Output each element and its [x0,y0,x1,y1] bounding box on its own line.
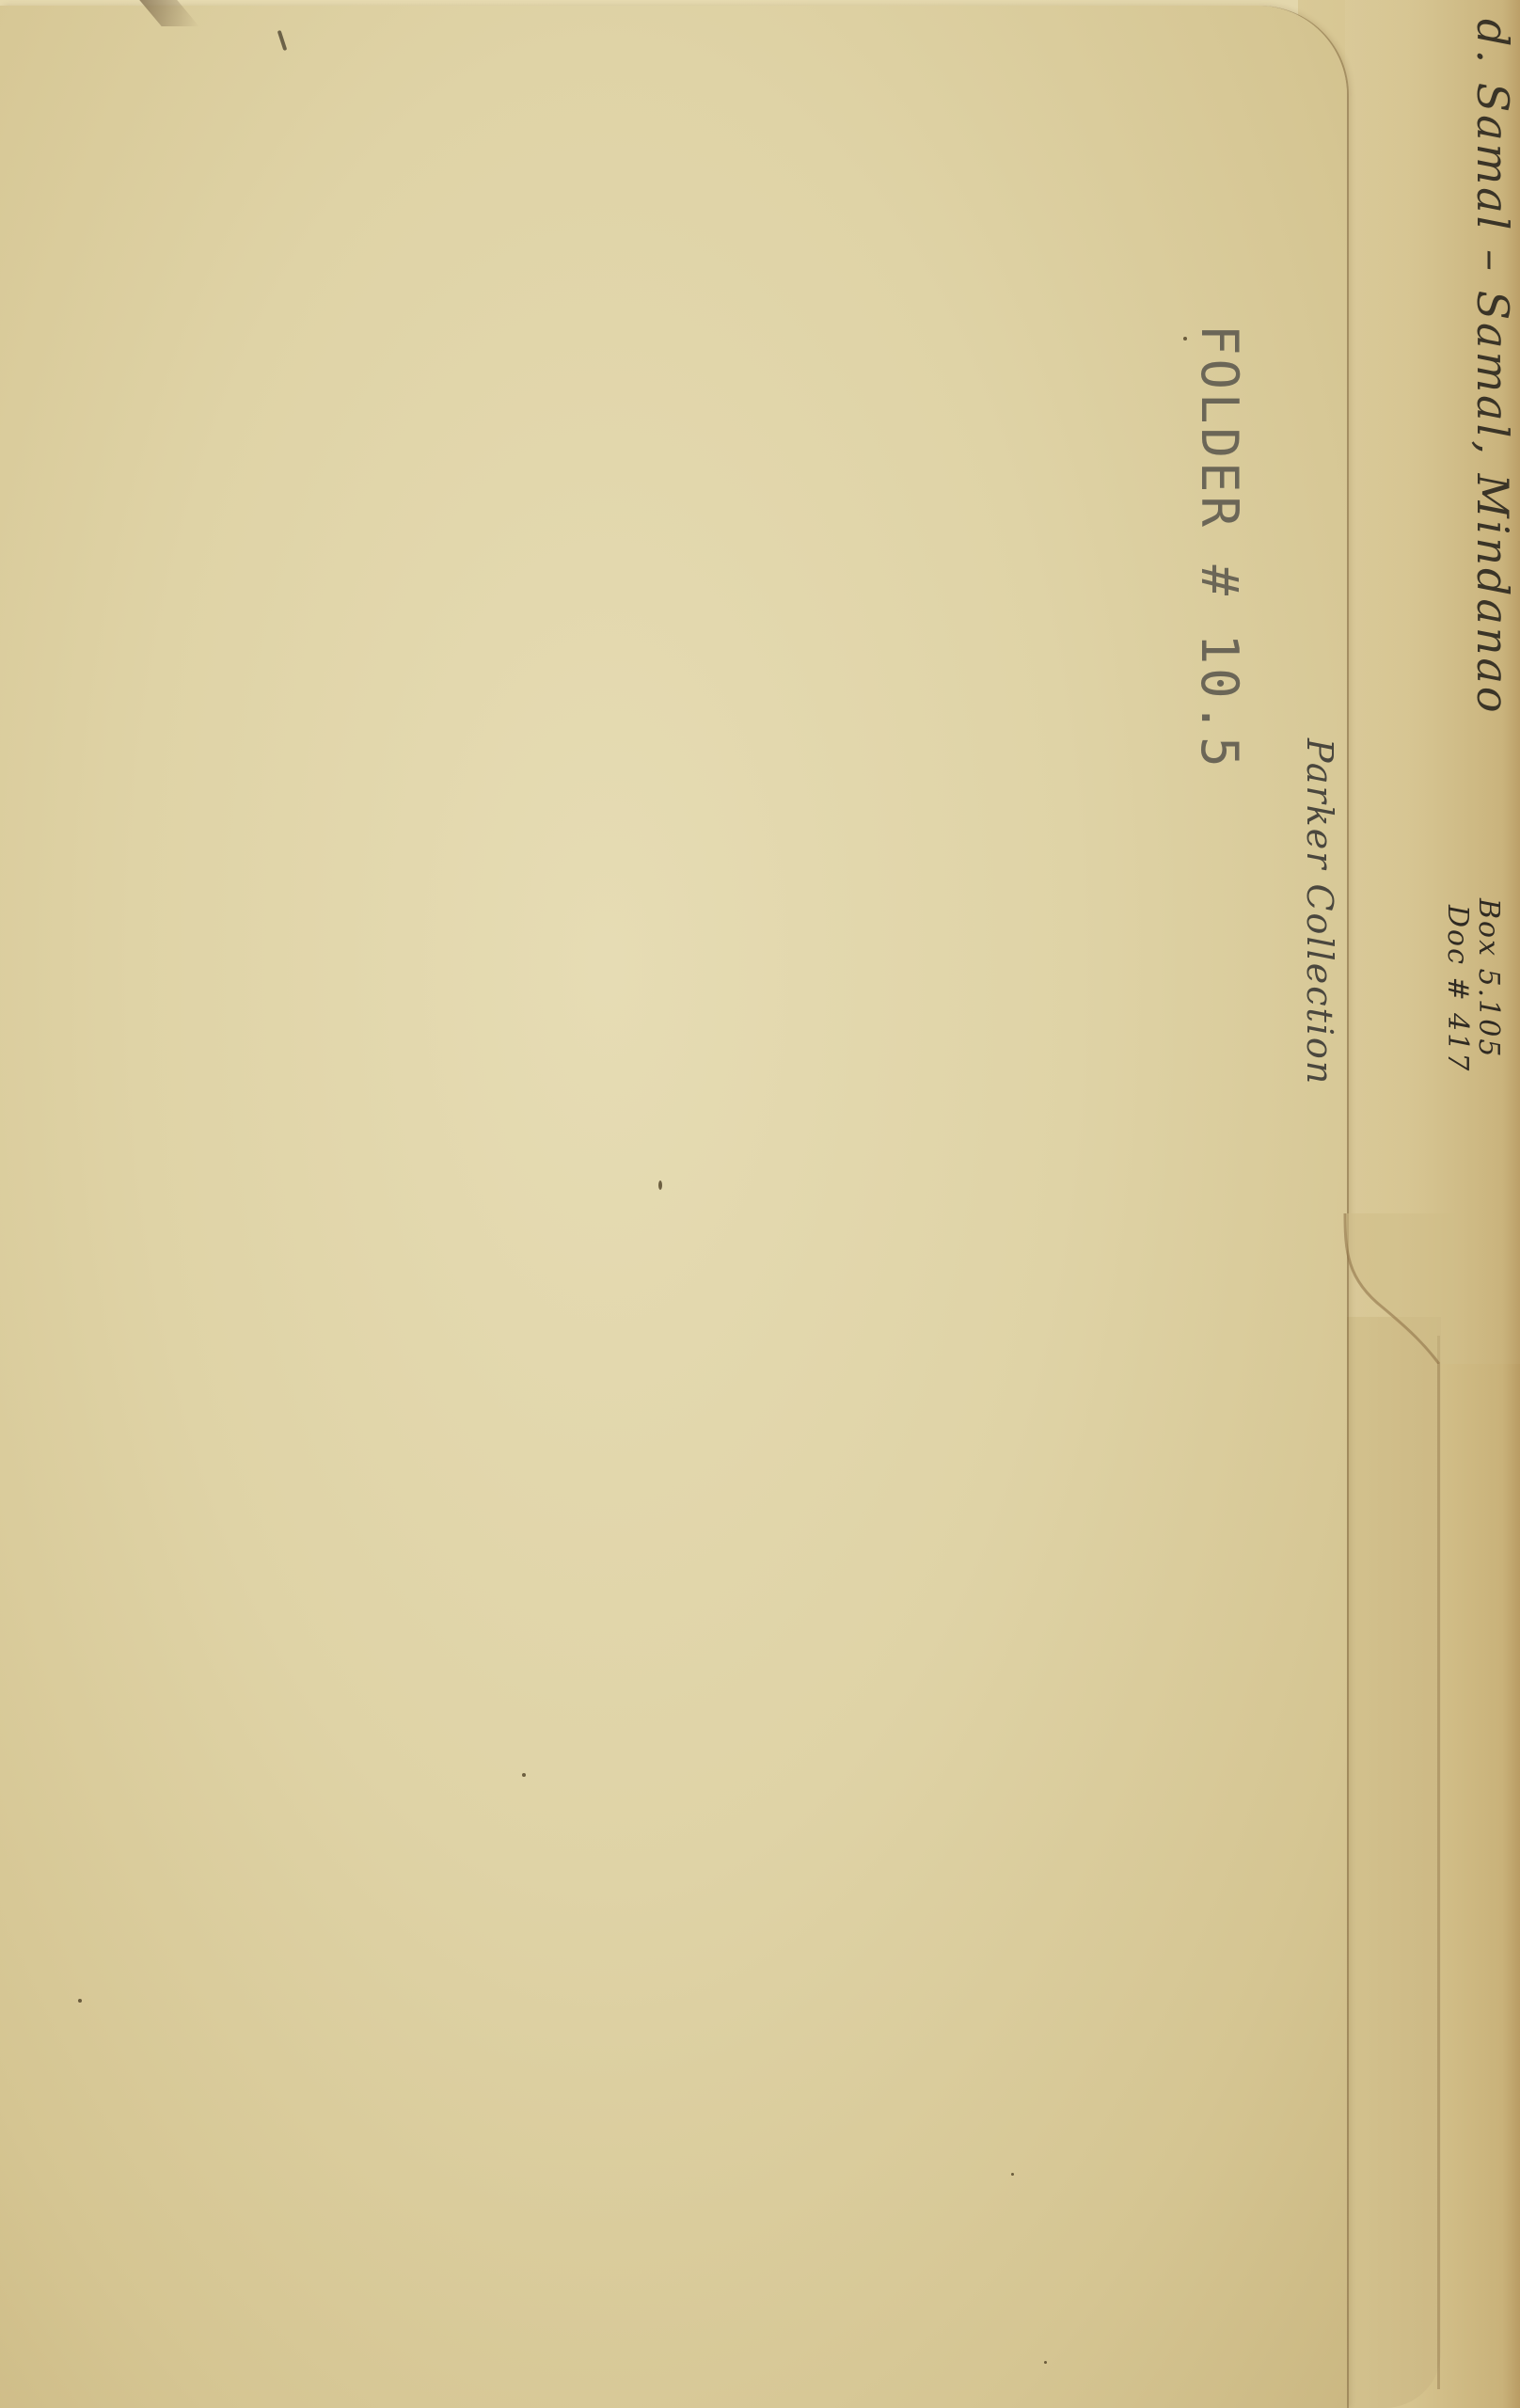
dust-speck [78,1999,82,2003]
document-number-label: Doc # 417 [1441,905,1474,1072]
dust-speck [522,1773,526,1777]
dust-speck [658,1180,662,1190]
box-number-label: Box 5.105 [1472,898,1505,1058]
folder-front-panel [0,6,1347,2408]
dust-speck [1011,2173,1014,2176]
folder-number-label: FOLDER # 10.5 [1190,325,1249,771]
dust-speck [1183,337,1187,341]
folder-lower-edge [1437,1336,1440,2389]
collection-label: Parker Collection [1299,738,1340,1085]
folder-tab-label: d. Samal – Samal, Mindanao [1467,19,1518,716]
dust-speck [1044,2361,1047,2364]
tab-cut-curve [1298,1213,1458,1364]
